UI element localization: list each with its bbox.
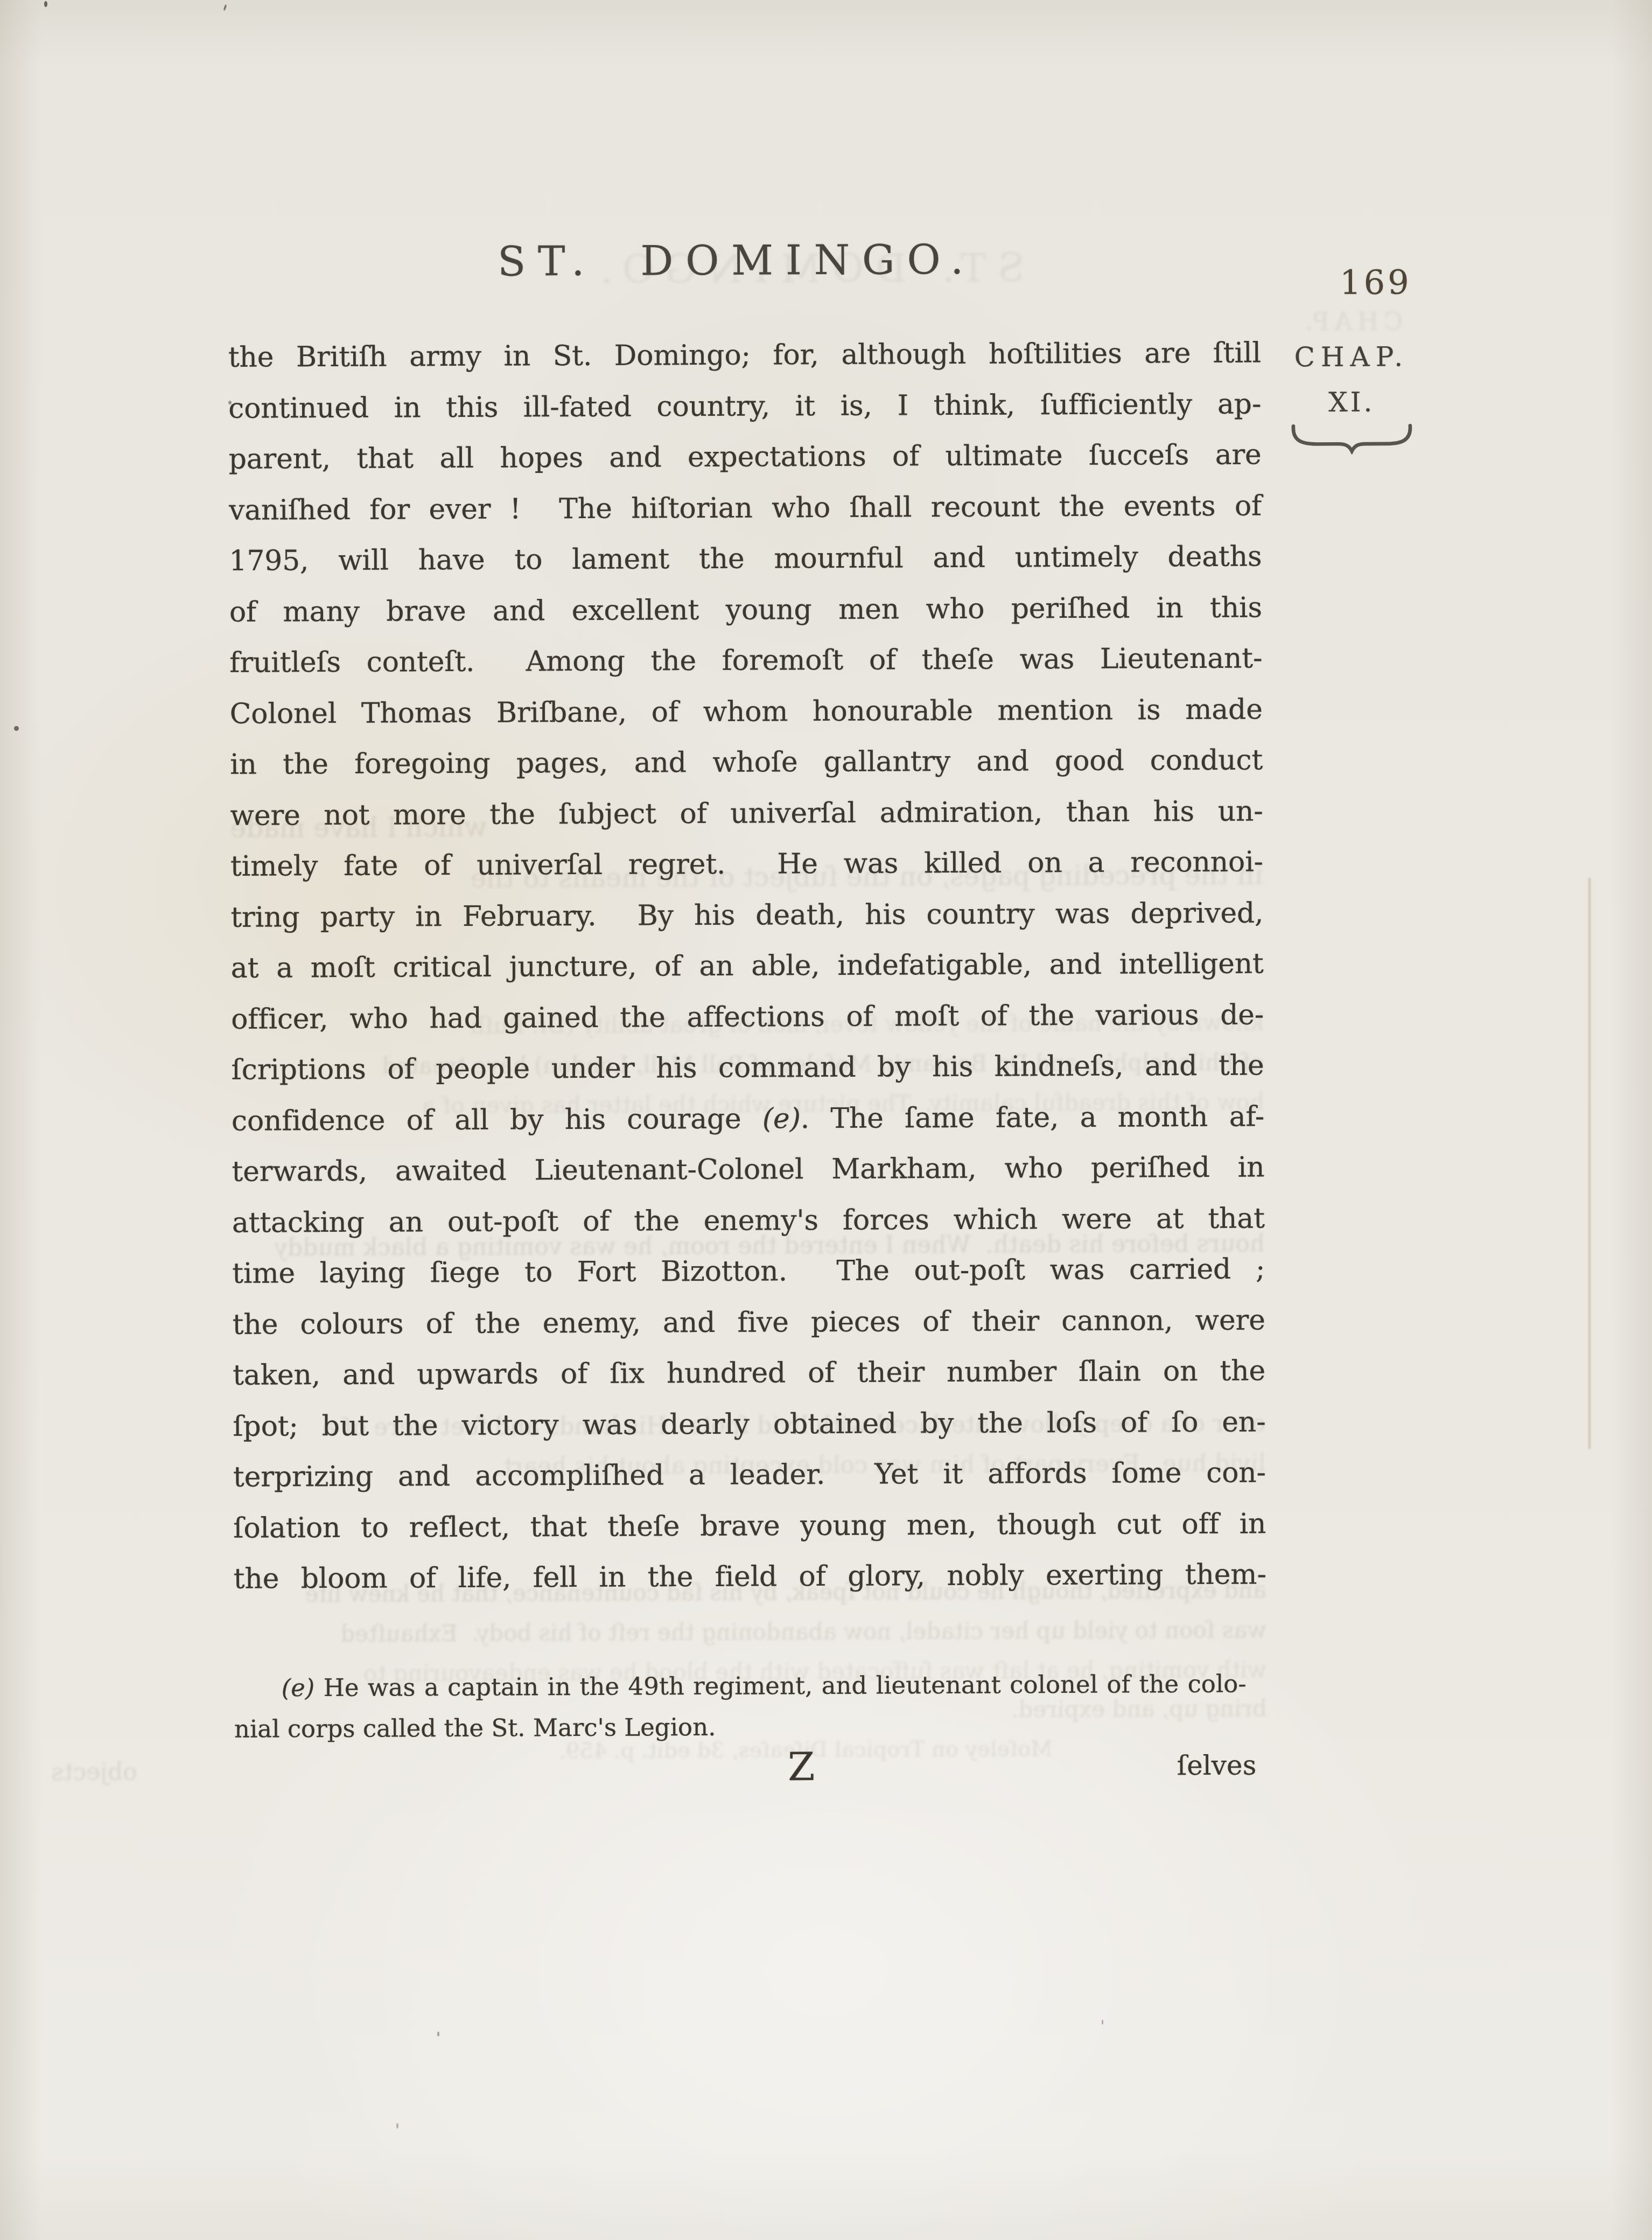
paper-speck — [14, 726, 19, 731]
body-line: in the foregoing pages, and whoſe gallan… — [230, 735, 1263, 790]
body-line: terwards, awaited Lieutenant-Colonel Mar… — [232, 1142, 1264, 1197]
print-layer: ST. DOMINGO.CHAP.which I have madein the… — [0, 0, 1652, 2240]
body-line: at a moſt critical juncture, of an able,… — [231, 938, 1264, 994]
ghost-line: objects — [51, 1758, 213, 1787]
chapter-label: CHAP. — [1289, 341, 1414, 373]
body-line: fruitleſs conteſt. Among the foremoſt of… — [229, 633, 1262, 688]
body-line: the bloom of life, fell in the field of … — [234, 1549, 1266, 1604]
paper-speck — [1102, 2020, 1103, 2025]
body-line: confidence of all by his courage (e). Th… — [232, 1091, 1264, 1147]
paper-speck — [396, 2123, 398, 2129]
body-line: were not more the ſubject of univerſal a… — [230, 786, 1263, 841]
body-line: ſcriptions of people under his command b… — [231, 1040, 1264, 1095]
catchword: ſelves — [1177, 1750, 1257, 1782]
ghost-line: was ſoon to yield up her citadel, now ab… — [234, 1617, 1266, 1648]
body-line: ſpot; but the victory was dearly obtaine… — [233, 1397, 1265, 1452]
chapter-numeral: XI. — [1289, 386, 1414, 418]
chapter-brace-icon — [1289, 422, 1414, 457]
body-line: 1795, will have to lament the mournful a… — [229, 531, 1262, 587]
paper-speck — [228, 401, 232, 404]
footnote-line: nial corps called the St. Marc's Legion. — [234, 1705, 1247, 1750]
paper-speck — [437, 2032, 439, 2036]
body-line: officer, who had gained the affections o… — [231, 989, 1264, 1045]
signature-mark: Z — [788, 1744, 815, 1789]
footnote-line: (e) He was a captain in the 49th regimen… — [234, 1664, 1246, 1709]
book-page-scan: ST. DOMINGO.CHAP.which I have madein the… — [0, 0, 1652, 2240]
paper-crease — [1588, 878, 1591, 1449]
body-line: attacking an out-poſt of the enemy's for… — [232, 1193, 1265, 1248]
body-line: the Britiſh army in St. Domingo; for, al… — [228, 327, 1261, 383]
body-text: the Britiſh army in St. Domingo; for, al… — [228, 327, 1266, 1604]
body-line: taken, and upwards of ſix hundred of the… — [233, 1345, 1265, 1401]
body-line: timely fate of univerſal regret. He was … — [230, 836, 1263, 892]
body-line: terprizing and accompliſhed a leader. Ye… — [233, 1447, 1266, 1503]
ghost-line: CHAP. — [1289, 307, 1413, 336]
body-line: Colonel Thomas Briſbane, of whom honoura… — [229, 684, 1262, 739]
body-line: of many brave and excellent young men wh… — [229, 582, 1262, 638]
body-line: tring party in February. By his death, h… — [230, 888, 1263, 943]
body-line: parent, that all hopes and expectations … — [228, 429, 1261, 485]
chapter-marginal-note: CHAP. XI. — [1289, 341, 1415, 457]
footnote: (e) He was a captain in the 49th regimen… — [234, 1664, 1247, 1750]
body-line: time laying ſiege to Fort Bizotton. The … — [232, 1244, 1265, 1299]
paper-speck — [44, 1, 47, 7]
body-line: ſolation to reflect, that theſe brave yo… — [233, 1498, 1266, 1554]
body-line: the colours of the enemy, and five piece… — [232, 1295, 1265, 1350]
running-title: ST. DOMINGO. — [228, 234, 1245, 287]
body-line: vaniſhed for ever ! The hiſtorian who ſh… — [229, 480, 1262, 536]
page-number: 169 — [1340, 262, 1412, 302]
body-line: continued in this ill-fated country, it … — [228, 379, 1261, 434]
